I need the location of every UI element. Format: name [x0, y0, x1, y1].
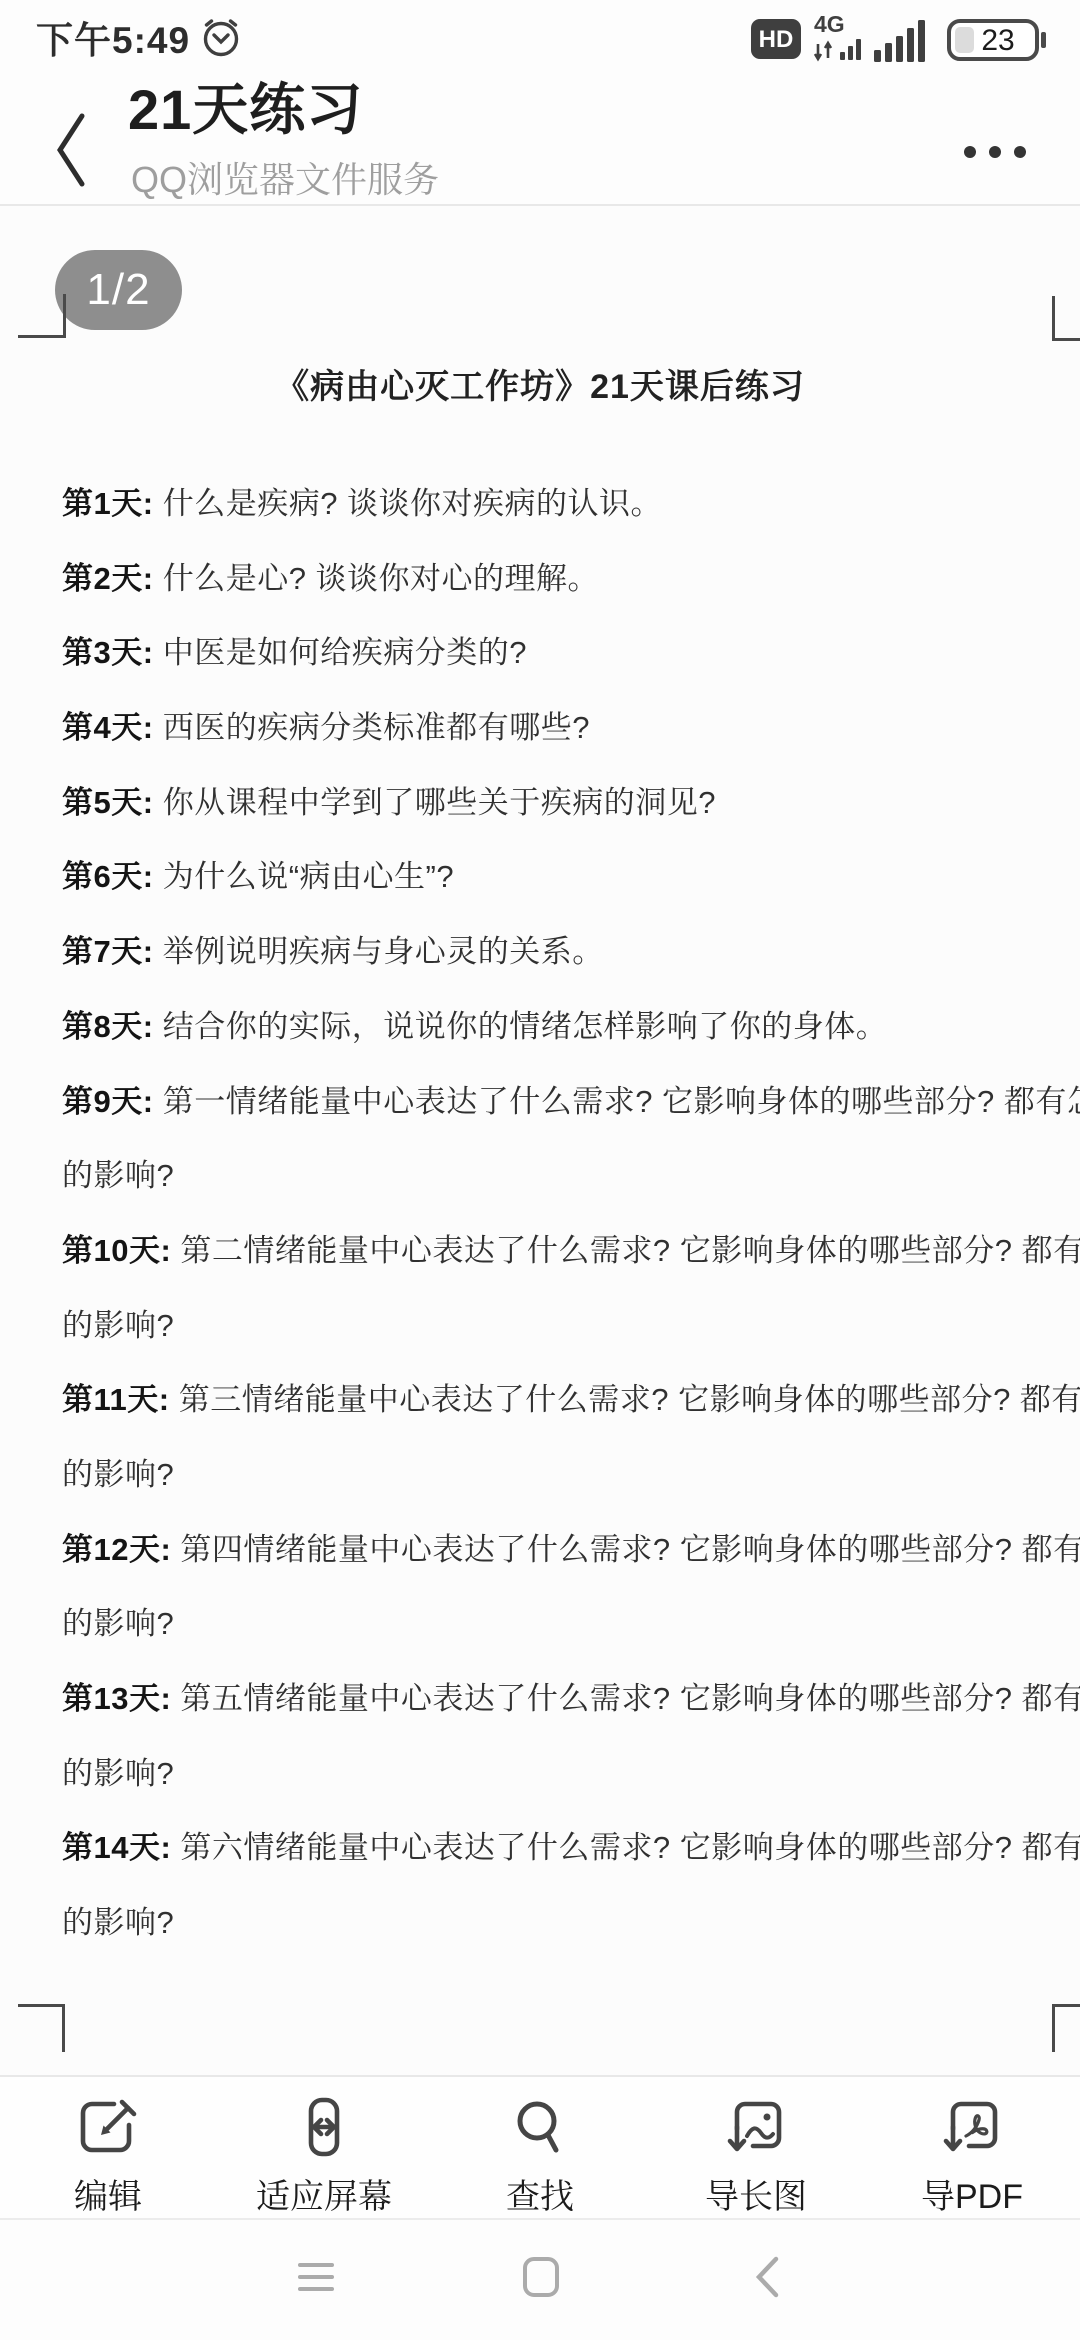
battery-percent-text: 23	[981, 24, 1014, 57]
page-corner-mark-bottom-left	[18, 2004, 65, 2052]
document-line: 第4天: 西医的疾病分类标准都有哪些?	[62, 691, 1062, 766]
day-label: 第2天:	[62, 561, 154, 596]
recent-apps-button[interactable]	[256, 2222, 376, 2332]
tool-label: 查找	[506, 2169, 574, 2218]
page-title: 21天练习	[128, 66, 363, 146]
chevron-left-icon	[52, 108, 92, 192]
edit-button[interactable]: 编辑	[0, 2077, 216, 2218]
document-line: 第6天: 为什么说“病由心生”?	[62, 840, 1062, 915]
day-label: 第1天:	[62, 486, 154, 521]
document-line: 第12天: 第四情绪能量中心表达了什么需求? 它影响身体的哪些部分? 都有怎样	[62, 1513, 1062, 1588]
day-text: 举例说明疾病与身心灵的关系。	[154, 934, 604, 969]
document-lines: 第1天: 什么是疾病? 谈谈你对疾病的认识。 第2天: 什么是心? 谈谈你对心的…	[62, 467, 1062, 1961]
document-line: 第9天: 第一情绪能量中心表达了什么需求? 它影响身体的哪些部分? 都有怎样	[62, 1065, 1062, 1140]
document-line: 第13天: 第五情绪能量中心表达了什么需求? 它影响身体的哪些部分? 都有怎样	[62, 1662, 1062, 1737]
day-text: 你从课程中学到了哪些关于疾病的洞见?	[154, 785, 716, 820]
tool-label: 导长图	[705, 2169, 807, 2218]
day-label: 第9天:	[62, 1084, 154, 1119]
svg-text:4G: 4G	[814, 12, 845, 37]
document-title: 《病由心灭工作坊》21天课后练习	[62, 350, 1018, 425]
day-text: 的影响?	[62, 1606, 174, 1641]
menu-lines-icon	[293, 2254, 339, 2300]
day-text: 为什么说“病由心生”?	[154, 859, 455, 894]
document-line: 第5天: 你从课程中学到了哪些关于疾病的洞见?	[62, 766, 1062, 841]
document-line: 第7天: 举例说明疾病与身心灵的关系。	[62, 915, 1062, 990]
svg-text:HD: HD	[759, 26, 794, 53]
fit-screen-button[interactable]: 适应屏幕	[216, 2077, 432, 2218]
page-corner-mark-top-right	[1052, 296, 1080, 341]
day-label: 第5天:	[62, 785, 154, 820]
day-text: 的影响?	[62, 1756, 174, 1791]
document-viewport[interactable]: 1/2 《病由心灭工作坊》21天课后练习 第1天: 什么是疾病? 谈谈你对疾病的…	[0, 206, 1080, 2075]
tool-label: 适应屏幕	[256, 2169, 392, 2218]
day-text: 的影响?	[62, 1158, 174, 1193]
page-corner-mark-bottom-right	[1052, 2004, 1080, 2052]
home-button[interactable]	[481, 2222, 601, 2332]
day-text: 第一情绪能量中心表达了什么需求? 它影响身体的哪些部分? 都有怎样	[154, 1084, 1080, 1119]
document-line: 第3天: 中医是如何给疾病分类的?	[62, 616, 1062, 691]
edit-icon	[71, 2091, 145, 2163]
day-text: 第四情绪能量中心表达了什么需求? 它影响身体的哪些部分? 都有怎样	[171, 1532, 1080, 1567]
day-text: 的影响?	[62, 1905, 174, 1940]
app-header: 21天练习 QQ浏览器文件服务	[0, 72, 1080, 204]
search-icon	[503, 2091, 577, 2163]
day-label: 第13天:	[62, 1681, 171, 1716]
home-square-icon	[518, 2254, 564, 2300]
day-text: 中医是如何给疾病分类的?	[154, 635, 527, 670]
document-line: 的影响?	[62, 1737, 1062, 1812]
day-text: 第六情绪能量中心表达了什么需求? 它影响身体的哪些部分? 都有怎样	[171, 1830, 1080, 1865]
document-toolbar: 编辑 适应屏幕 查找 导长图	[0, 2077, 1080, 2218]
document-line: 的影响?	[62, 1438, 1062, 1513]
fit-screen-icon	[287, 2091, 361, 2163]
day-text: 西医的疾病分类标准都有哪些?	[154, 710, 590, 745]
day-text: 什么是疾病? 谈谈你对疾病的认识。	[154, 486, 662, 521]
export-long-image-icon	[719, 2091, 793, 2163]
day-label: 第14天:	[62, 1830, 171, 1865]
document-line: 的影响?	[62, 1289, 1062, 1364]
document-line: 第11天: 第三情绪能量中心表达了什么需求? 它影响身体的哪些部分? 都有怎样	[62, 1363, 1062, 1438]
clock-time: 下午5:49	[36, 10, 190, 64]
day-label: 第3天:	[62, 635, 154, 670]
document-line: 第1天: 什么是疾病? 谈谈你对疾病的认识。	[62, 467, 1062, 542]
page-corner-mark-top-left	[18, 294, 66, 338]
find-button[interactable]: 查找	[432, 2077, 648, 2218]
document-line: 第8天: 结合你的实际，说说你的情绪怎样影响了你的身体。	[62, 990, 1062, 1065]
day-label: 第7天:	[62, 934, 154, 969]
page-indicator-badge: 1/2	[55, 250, 182, 330]
document-line: 的影响?	[62, 1139, 1062, 1214]
page-subtitle: QQ浏览器文件服务	[131, 152, 439, 203]
battery-icon: 23	[946, 16, 1048, 69]
signal-strength-icon: 4G	[812, 12, 938, 69]
tool-label: 编辑	[74, 2169, 142, 2218]
status-bar: 下午5:49 HD 4G	[0, 0, 1080, 72]
day-text: 第三情绪能量中心表达了什么需求? 它影响身体的哪些部分? 都有怎样	[170, 1382, 1080, 1417]
document-line: 的影响?	[62, 1587, 1062, 1662]
day-text: 的影响?	[62, 1308, 174, 1343]
ellipsis-icon	[964, 146, 976, 158]
day-text: 第五情绪能量中心表达了什么需求? 它影响身体的哪些部分? 都有怎样	[171, 1681, 1080, 1716]
day-text: 的影响?	[62, 1457, 174, 1492]
day-text: 第二情绪能量中心表达了什么需求? 它影响身体的哪些部分? 都有怎样	[171, 1233, 1080, 1268]
day-label: 第8天:	[62, 1009, 154, 1044]
nav-back-chevron-icon	[750, 2252, 786, 2302]
day-label: 第10天:	[62, 1233, 171, 1268]
alarm-icon	[198, 14, 244, 65]
export-long-image-button[interactable]: 导长图	[648, 2077, 864, 2218]
document-line: 的影响?	[62, 1886, 1062, 1961]
document-line: 第14天: 第六情绪能量中心表达了什么需求? 它影响身体的哪些部分? 都有怎样	[62, 1811, 1062, 1886]
nav-back-button[interactable]	[708, 2222, 828, 2332]
document-line: 第10天: 第二情绪能量中心表达了什么需求? 它影响身体的哪些部分? 都有怎样	[62, 1214, 1062, 1289]
tool-label: 导PDF	[921, 2169, 1023, 2218]
day-label: 第12天:	[62, 1532, 171, 1567]
hd-volte-icon: HD	[750, 18, 802, 65]
export-pdf-button[interactable]: 导PDF	[864, 2077, 1080, 2218]
more-menu-button[interactable]	[940, 116, 1050, 188]
day-label: 第4天:	[62, 710, 154, 745]
day-label: 第11天:	[62, 1382, 170, 1417]
export-pdf-icon	[935, 2091, 1009, 2163]
day-text: 结合你的实际，说说你的情绪怎样影响了你的身体。	[154, 1009, 888, 1044]
back-button[interactable]	[44, 104, 100, 196]
document-line: 第2天: 什么是心? 谈谈你对心的理解。	[62, 542, 1062, 617]
day-label: 第6天:	[62, 859, 154, 894]
day-text: 什么是心? 谈谈你对心的理解。	[154, 561, 599, 596]
